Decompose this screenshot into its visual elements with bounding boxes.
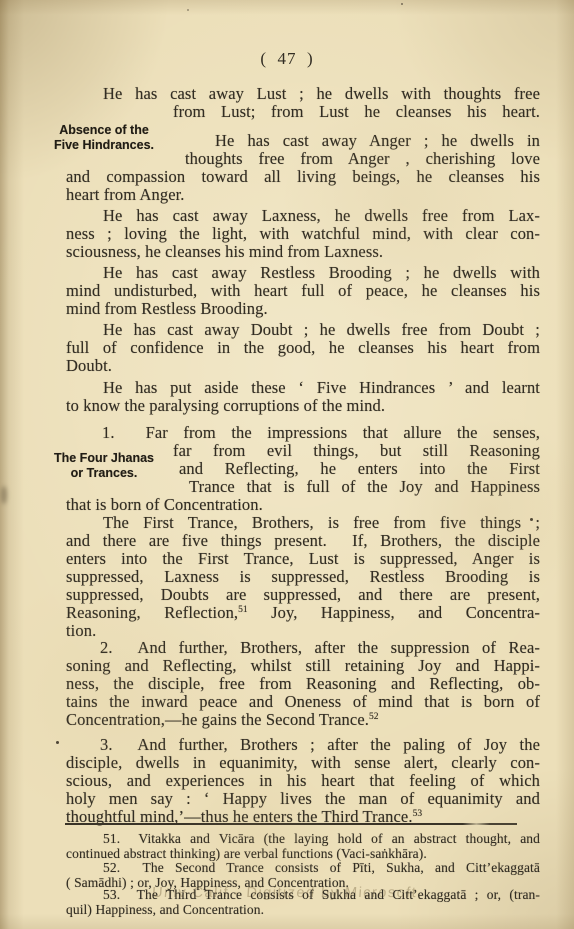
text-line: disciple, dwells in equanimity, with sen… bbox=[66, 754, 540, 772]
footnote-line: 53. The Third Trance consists of Sukha a… bbox=[103, 887, 540, 902]
paragraph-restless-brooding: He has cast away Restless Brooding ; he … bbox=[66, 264, 540, 318]
paper-speck bbox=[56, 741, 59, 744]
page-number: ( 47 ) bbox=[0, 49, 574, 69]
text-line: Trance that is full of the Joy and Happi… bbox=[189, 478, 540, 496]
paragraph-lust: He has cast away Lust ; he dwells with t… bbox=[66, 85, 540, 121]
text-line: He has cast away Doubt ; he dwells free … bbox=[103, 321, 540, 339]
footnote-line: 51. Vitakka and Vicāra (the laying hold … bbox=[103, 831, 540, 846]
text-line: ness ; loving the light, with watchful m… bbox=[66, 225, 540, 243]
text-line: to know the paralysing corruptions of th… bbox=[66, 397, 540, 415]
text-line: The First Trance, Brothers, is free from… bbox=[103, 514, 540, 532]
paper-smudge bbox=[1, 486, 7, 504]
text-line: and Reflecting, he enters into the First bbox=[179, 460, 540, 478]
text-line: He has cast away Restless Brooding ; he … bbox=[103, 264, 540, 282]
footnote-line: 52. The Second Trance consists of Pīti, … bbox=[103, 860, 540, 875]
paper-speck bbox=[187, 9, 189, 11]
text-line: soning and Reflecting, whilst still reta… bbox=[66, 657, 540, 675]
footnote-51: 51. Vitakka and Vicāra (the laying hold … bbox=[66, 831, 540, 861]
text-segment: Concentration,—he gains the Second Tranc… bbox=[66, 710, 369, 729]
text-line: He has put aside these ‘ Five Hindrances… bbox=[103, 379, 540, 397]
paragraph-first-trance-five-things: The First Trance, Brothers, is free from… bbox=[66, 514, 540, 640]
text-line: and compassion toward all living beings,… bbox=[66, 168, 540, 186]
paragraph-first-trance: 1. Far from the impressions that allure … bbox=[66, 424, 540, 514]
text-line: far from evil things, but still Reasonin… bbox=[173, 442, 540, 460]
text-line: heart from Anger. bbox=[66, 186, 540, 204]
text-line: Concentration,—he gains the Second Tranc… bbox=[66, 711, 540, 729]
text-line: 3. And further, Brothers ; after the pal… bbox=[100, 736, 540, 754]
text-segment: Reasoning, Reflection, bbox=[66, 603, 238, 622]
footnote-52: 52. The Second Trance consists of Pīti, … bbox=[66, 860, 540, 890]
text-line: Reasoning, Reflection,51 Joy, Happiness,… bbox=[66, 604, 540, 622]
footnote-line: quil) Happiness, and Concentration. bbox=[66, 902, 540, 917]
text-line: scious, and experiences in his heart tha… bbox=[66, 772, 540, 790]
text-line: ness, the disciple, free from Reasoning … bbox=[66, 675, 540, 693]
text-segment: Joy, Happiness, and Concentra- bbox=[248, 603, 540, 622]
footnote-divider bbox=[65, 823, 517, 825]
paragraph-laxness: He has cast away Laxness, he dwells free… bbox=[66, 207, 540, 261]
text-line: suppressed, Laxness is suppressed, Restl… bbox=[66, 568, 540, 586]
text-line: thoughts free from Anger , cherishing lo… bbox=[185, 150, 540, 168]
paragraph-third-trance: 3. And further, Brothers ; after the pal… bbox=[66, 736, 540, 826]
text-line: enters into the First Trance, Lust is su… bbox=[66, 550, 540, 568]
paragraph-doubt: He has cast away Doubt ; he dwells free … bbox=[66, 321, 540, 375]
text-line: He has cast away Lust ; he dwells with t… bbox=[103, 85, 540, 103]
text-line: Doubt. bbox=[66, 357, 540, 375]
text-line: mind from Restless Brooding. bbox=[66, 300, 540, 318]
footnote-ref-52: 52 bbox=[369, 712, 379, 722]
paragraph-second-trance: 2. And further, Brothers, after the supp… bbox=[66, 639, 540, 729]
paragraph-put-aside: He has put aside these ‘ Five Hindrances… bbox=[66, 379, 540, 415]
text-line: suppressed, Doubts are suppressed, and t… bbox=[66, 586, 540, 604]
book-page: Univ Calif - Digitized by Microsoft ( 47… bbox=[0, 0, 574, 929]
footnote-53: 53. The Third Trance consists of Sukha a… bbox=[66, 887, 540, 917]
text-line: He has cast away Laxness, he dwells free… bbox=[103, 207, 540, 225]
text-line: He has cast away Anger ; he dwells in bbox=[215, 132, 540, 150]
text-line: full of confidence in the good, he clean… bbox=[66, 339, 540, 357]
text-line: and there are five things present. If, B… bbox=[66, 532, 540, 550]
text-line: tains the inward peace and Oneness of mi… bbox=[66, 693, 540, 711]
paragraph-anger: He has cast away Anger ; he dwells in th… bbox=[66, 132, 540, 204]
footnote-ref-51: 51 bbox=[238, 605, 248, 615]
text-line: 1. Far from the impressions that allure … bbox=[102, 424, 540, 442]
footnote-line: continued abstract thinking) are verbal … bbox=[66, 846, 540, 861]
paper-speck bbox=[401, 3, 403, 5]
footnote-ref-53: 53 bbox=[413, 809, 423, 819]
text-line: holy men say : ‘ Happy lives the man of … bbox=[66, 790, 540, 808]
text-line: mind undisturbed, with heart full of pea… bbox=[66, 282, 540, 300]
text-line: 2. And further, Brothers, after the supp… bbox=[100, 639, 540, 657]
text-line: sciousness, he cleanses his mind from La… bbox=[66, 243, 540, 261]
text-line: that is born of Concentration. bbox=[66, 496, 540, 514]
text-line: from Lust; from Lust he cleanses his hea… bbox=[173, 103, 540, 121]
